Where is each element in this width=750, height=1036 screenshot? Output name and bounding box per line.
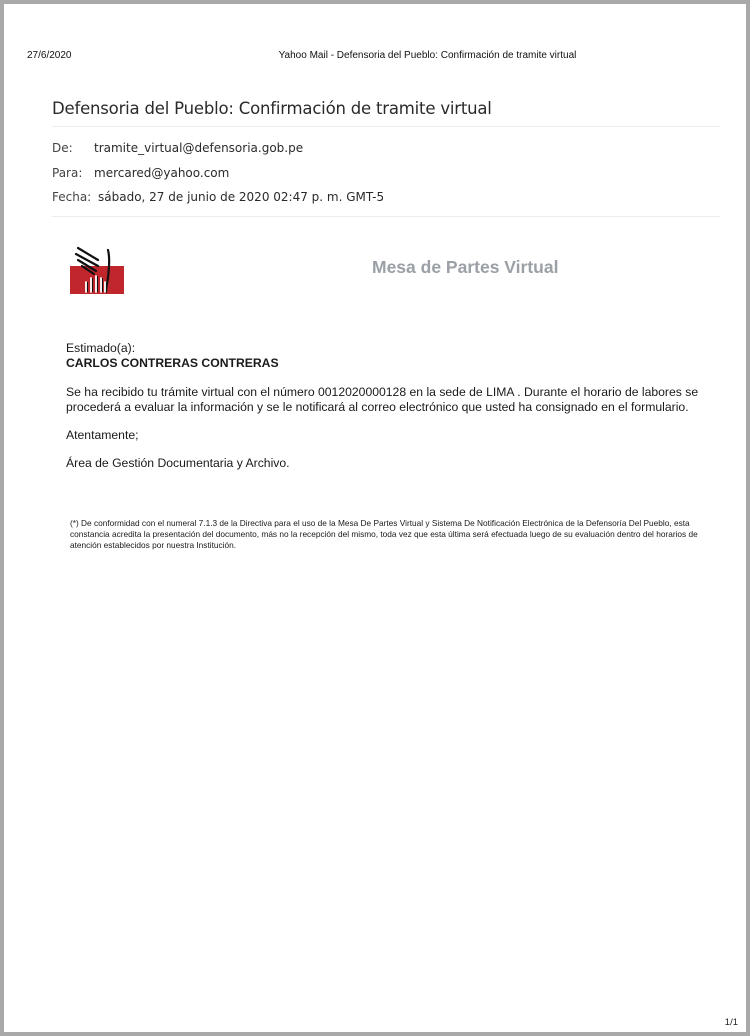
divider (52, 126, 720, 127)
from-row: De: tramite_virtual@defensoria.gob.pe (52, 141, 303, 155)
date-row: Fecha: sábado, 27 de junio de 2020 02:47… (52, 190, 384, 204)
email-body: Estimado(a): CARLOS CONTRERAS CONTRERAS … (66, 341, 706, 471)
divider (52, 216, 720, 217)
recipient-name: CARLOS CONTRERAS CONTRERAS (66, 356, 706, 371)
defensoria-hands-logo-icon (68, 244, 128, 296)
from-label: De: (52, 141, 94, 155)
body-paragraph: Se ha recibido tu trámite virtual con el… (66, 385, 706, 415)
page-number: 1/1 (725, 1017, 738, 1028)
from-value: tramite_virtual@defensoria.gob.pe (94, 141, 303, 155)
banner-title: Mesa de Partes Virtual (372, 257, 558, 278)
date-value: sábado, 27 de junio de 2020 02:47 p. m. … (98, 190, 384, 204)
email-subject: Defensoria del Pueblo: Confirmación de t… (52, 99, 492, 118)
to-label: Para: (52, 166, 94, 180)
print-title: Yahoo Mail - Defensoria del Pueblo: Conf… (4, 50, 746, 61)
legal-footnote: (*) De conformidad con el numeral 7.1.3 … (70, 518, 710, 551)
to-value: mercared@yahoo.com (94, 166, 229, 180)
to-row: Para: mercared@yahoo.com (52, 166, 229, 180)
signature: Área de Gestión Documentaria y Archivo. (66, 456, 706, 471)
greeting: Estimado(a): (66, 341, 706, 356)
date-label: Fecha: (52, 190, 98, 204)
closing: Atentamente; (66, 428, 706, 443)
printed-page: 27/6/2020 Yahoo Mail - Defensoria del Pu… (4, 4, 746, 1032)
